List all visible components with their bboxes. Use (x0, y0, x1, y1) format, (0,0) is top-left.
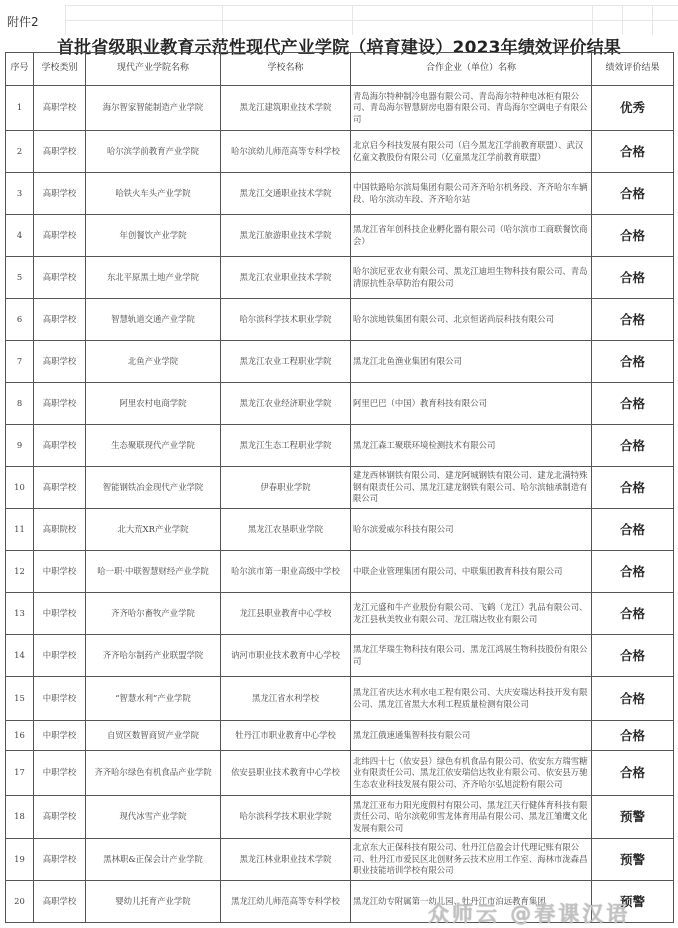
school-name: 黑龙江农业工程职业学院 (221, 341, 351, 383)
row-index: 15 (6, 677, 34, 721)
partner-companies: 龙江元盛和牛产业股份有限公司、飞鹤（龙江）乳品有限公司、龙江县秋美牧业有限公司、… (351, 593, 592, 635)
school-name: 黑龙江省水利学校 (221, 677, 351, 721)
school-name: 黑龙江建筑职业技术学院 (221, 86, 351, 131)
school-type: 高职学校 (34, 299, 86, 341)
row-index: 16 (6, 721, 34, 751)
table-row: 11高职院校北大荒XR产业学院黑龙江农垦职业学院哈尔滨爱威尔科技有限公司合格 (6, 509, 674, 551)
school-name: 讷河市职业技术教育中心学校 (221, 635, 351, 677)
evaluation-result: 合格 (592, 467, 674, 509)
evaluation-result: 优秀 (592, 86, 674, 131)
school-type: 高职学校 (34, 86, 86, 131)
partner-companies: 建龙西林钢铁有限公司、建龙阿城钢铁有限公司、建龙北满特殊钢有限责任公司、黑龙江建… (351, 467, 592, 509)
partner-companies: 北京东大正保科技有限公司、牡丹江信盈会计代理记账有限公司、牡丹江市爱民区北创财务… (351, 839, 592, 881)
school-type: 高职学校 (34, 131, 86, 173)
partner-companies: 黑龙江省年创科技企业孵化器有限公司（哈尔滨市工商联餐饮商会） (351, 215, 592, 257)
school-type: 高职学校 (34, 257, 86, 299)
header-index: 序号 (6, 53, 34, 86)
evaluation-result: 合格 (592, 751, 674, 796)
school-name: 伊春职业学院 (221, 467, 351, 509)
college-name: 海尔智家智能制造产业学院 (86, 86, 221, 131)
evaluation-result: 合格 (592, 173, 674, 215)
school-type: 高职院校 (34, 509, 86, 551)
college-name: 生态聚联现代产业学院 (86, 425, 221, 467)
school-type: 高职学校 (34, 173, 86, 215)
gridline (65, 5, 678, 6)
partner-companies: 北纬四十七（依安县）绿色有机食品有限公司、依安东方瑞雪糖业有限责任公司、黑龙江依… (351, 751, 592, 796)
college-name: 哈一职·中联智慧财经产业学院 (86, 551, 221, 593)
row-index: 6 (6, 299, 34, 341)
school-name: 黑龙江幼儿师范高等专科学校 (221, 881, 351, 923)
header-result: 绩效评价结果 (592, 53, 674, 86)
row-index: 12 (6, 551, 34, 593)
school-type: 中职学校 (34, 751, 86, 796)
gridline (352, 5, 353, 35)
row-index: 20 (6, 881, 34, 923)
partner-companies: 中国铁路哈尔滨局集团有限公司齐齐哈尔机务段、齐齐哈尔车辆段、哈尔滨动车段、齐齐哈… (351, 173, 592, 215)
gridline (65, 5, 66, 35)
school-type: 高职学校 (34, 215, 86, 257)
partner-companies: 阿里巴巴（中国）教育科技有限公司 (351, 383, 592, 425)
table-row: 19高职学校黑林职&正保会计产业学院黑龙江林业职业技术学院北京东大正保科技有限公… (6, 839, 674, 881)
evaluation-result: 合格 (592, 215, 674, 257)
college-name: 智能钢铁冶金现代产业学院 (86, 467, 221, 509)
school-type: 高职学校 (34, 881, 86, 923)
school-type: 中职学校 (34, 551, 86, 593)
school-name: 哈尔滨市第一职业高级中学校 (221, 551, 351, 593)
gridline (652, 5, 653, 35)
school-type: 高职学校 (34, 467, 86, 509)
college-name: 齐齐哈尔绿色有机食品产业学院 (86, 751, 221, 796)
school-name: 牡丹江市职业教育中心学校 (221, 721, 351, 751)
partner-companies: 黑龙江华瑞生物科技有限公司、黑龙江鸿展生物科技股份有限公司 (351, 635, 592, 677)
watermark: 众师云 @春课汉语 (428, 898, 630, 928)
evaluation-result: 合格 (592, 509, 674, 551)
table-row: 8高职学校阿里农村电商学院黑龙江农业经济职业学院阿里巴巴（中国）教育科技有限公司… (6, 383, 674, 425)
row-index: 10 (6, 467, 34, 509)
table-row: 5高职学校东北平原黑土地产业学院黑龙江农业职业技术学院哈尔滨尼亚农业有限公司、黑… (6, 257, 674, 299)
row-index: 11 (6, 509, 34, 551)
school-type: 高职学校 (34, 796, 86, 839)
school-name: 黑龙江农业职业技术学院 (221, 257, 351, 299)
row-index: 2 (6, 131, 34, 173)
partner-companies: 黑龙江北鱼渔业集团有限公司 (351, 341, 592, 383)
row-index: 14 (6, 635, 34, 677)
school-type: 高职学校 (34, 839, 86, 881)
partner-companies: 北京启今科技发展有限公司（启今黑龙江学前教育联盟）、武汉亿童文教股份有限公司（亿… (351, 131, 592, 173)
table-row: 18高职学校现代冰雪产业学院哈尔滨科学技术职业学院黑龙江亚布力阳光度假村有限公司… (6, 796, 674, 839)
school-name: 黑龙江林业职业技术学院 (221, 839, 351, 881)
partner-companies: 中联企业管理集团有限公司、中联集团教育科技有限公司 (351, 551, 592, 593)
evaluation-result: 合格 (592, 721, 674, 751)
table-row: 15中职学校“智慧水利”产业学院黑龙江省水利学校黑龙江省庆达水利水电工程有限公司… (6, 677, 674, 721)
partner-companies: 黑龙江省庆达水利水电工程有限公司、大庆安瑞达科技开发有限公司、黑龙江省黑大水利工… (351, 677, 592, 721)
school-name: 哈尔滨幼儿师范高等专科学校 (221, 131, 351, 173)
header-college-name: 现代产业学院名称 (86, 53, 221, 86)
school-type: 高职学校 (34, 383, 86, 425)
school-name: 哈尔滨科学技术职业学院 (221, 299, 351, 341)
college-name: 齐齐哈尔畜牧产业学院 (86, 593, 221, 635)
school-type: 中职学校 (34, 593, 86, 635)
school-name: 龙江县职业教育中心学校 (221, 593, 351, 635)
gridline (222, 5, 223, 35)
table-row: 4高职学校年创餐饮产业学院黑龙江旅游职业技术学院黑龙江省年创科技企业孵化器有限公… (6, 215, 674, 257)
partner-companies: 哈尔滨地铁集团有限公司、北京恒诺尚辰科技有限公司 (351, 299, 592, 341)
row-index: 9 (6, 425, 34, 467)
college-name: 黑林职&正保会计产业学院 (86, 839, 221, 881)
gridline (622, 5, 623, 35)
header-school-name: 学校名称 (221, 53, 351, 86)
school-type: 中职学校 (34, 721, 86, 751)
evaluation-result: 合格 (592, 257, 674, 299)
partner-companies: 黑龙江森工聚联环境检测技术有限公司 (351, 425, 592, 467)
table-row: 16中职学校自贸区数智商贸产业学院牡丹江市职业教育中心学校黑龙江俄速通集智科技有… (6, 721, 674, 751)
college-name: 年创餐饮产业学院 (86, 215, 221, 257)
row-index: 7 (6, 341, 34, 383)
table-row: 12中职学校哈一职·中联智慧财经产业学院哈尔滨市第一职业高级中学校中联企业管理集… (6, 551, 674, 593)
table-row: 2高职学校哈尔滨学前教育产业学院哈尔滨幼儿师范高等专科学校北京启今科技发展有限公… (6, 131, 674, 173)
row-index: 8 (6, 383, 34, 425)
school-name: 哈尔滨科学技术职业学院 (221, 796, 351, 839)
school-type: 中职学校 (34, 635, 86, 677)
school-name: 黑龙江交通职业技术学院 (221, 173, 351, 215)
school-name: 依安县职业技术教育中心学校 (221, 751, 351, 796)
evaluation-result: 合格 (592, 299, 674, 341)
attachment-label: 附件2 (7, 13, 39, 30)
row-index: 1 (6, 86, 34, 131)
table-row: 7高职学校北鱼产业学院黑龙江农业工程职业学院黑龙江北鱼渔业集团有限公司合格 (6, 341, 674, 383)
evaluation-result: 合格 (592, 131, 674, 173)
college-name: 智慧轨道交通产业学院 (86, 299, 221, 341)
row-index: 4 (6, 215, 34, 257)
row-index: 3 (6, 173, 34, 215)
college-name: 阿里农村电商学院 (86, 383, 221, 425)
results-table: 序号 学校类别 现代产业学院名称 学校名称 合作企业（单位）名称 绩效评价结果 … (5, 52, 674, 923)
evaluation-result: 合格 (592, 635, 674, 677)
row-index: 18 (6, 796, 34, 839)
table-row: 17中职学校齐齐哈尔绿色有机食品产业学院依安县职业技术教育中心学校北纬四十七（依… (6, 751, 674, 796)
row-index: 19 (6, 839, 34, 881)
table-row: 14中职学校齐齐哈尔制药产业联盟学院讷河市职业技术教育中心学校黑龙江华瑞生物科技… (6, 635, 674, 677)
college-name: “智慧水利”产业学院 (86, 677, 221, 721)
header-school-type: 学校类别 (34, 53, 86, 86)
gridline (65, 20, 678, 21)
row-index: 17 (6, 751, 34, 796)
school-name: 黑龙江农业经济职业学院 (221, 383, 351, 425)
college-name: 北鱼产业学院 (86, 341, 221, 383)
evaluation-result: 合格 (592, 677, 674, 721)
evaluation-result: 合格 (592, 425, 674, 467)
spreadsheet-gridlines (0, 0, 678, 35)
evaluation-result: 合格 (592, 551, 674, 593)
school-name: 黑龙江农垦职业学院 (221, 509, 351, 551)
partner-companies: 哈尔滨爱威尔科技有限公司 (351, 509, 592, 551)
evaluation-result: 合格 (592, 383, 674, 425)
school-type: 高职学校 (34, 341, 86, 383)
row-index: 5 (6, 257, 34, 299)
evaluation-result: 合格 (592, 593, 674, 635)
partner-companies: 黑龙江亚布力阳光度假村有限公司、黑龙江天行健体育科技有限责任公司、哈尔滨乾卯雪龙… (351, 796, 592, 839)
partner-companies: 青岛海尔特种制冷电器有限公司、青岛海尔特种电冰柜有限公司、青岛海尔智慧厨房电器有… (351, 86, 592, 131)
college-name: 东北平原黑土地产业学院 (86, 257, 221, 299)
table-row: 1高职学校海尔智家智能制造产业学院黑龙江建筑职业技术学院青岛海尔特种制冷电器有限… (6, 86, 674, 131)
partner-companies: 哈尔滨尼亚农业有限公司、黑龙江迪坦生物科技有限公司、青岛清原抗性杂草防治有限公司 (351, 257, 592, 299)
partner-companies: 黑龙江俄速通集智科技有限公司 (351, 721, 592, 751)
table-row: 9高职学校生态聚联现代产业学院黑龙江生态工程职业学院黑龙江森工聚联环境检测技术有… (6, 425, 674, 467)
row-index: 13 (6, 593, 34, 635)
evaluation-result: 预警 (592, 839, 674, 881)
school-name: 黑龙江旅游职业技术学院 (221, 215, 351, 257)
table-row: 6高职学校智慧轨道交通产业学院哈尔滨科学技术职业学院哈尔滨地铁集团有限公司、北京… (6, 299, 674, 341)
college-name: 齐齐哈尔制药产业联盟学院 (86, 635, 221, 677)
college-name: 婴幼儿托育产业学院 (86, 881, 221, 923)
college-name: 自贸区数智商贸产业学院 (86, 721, 221, 751)
college-name: 现代冰雪产业学院 (86, 796, 221, 839)
table-row: 3高职学校哈铁火车头产业学院黑龙江交通职业技术学院中国铁路哈尔滨局集团有限公司齐… (6, 173, 674, 215)
school-type: 中职学校 (34, 677, 86, 721)
header-partners: 合作企业（单位）名称 (351, 53, 592, 86)
school-type: 高职学校 (34, 425, 86, 467)
school-name: 黑龙江生态工程职业学院 (221, 425, 351, 467)
gridline (592, 5, 593, 35)
evaluation-result: 合格 (592, 341, 674, 383)
table-row: 10高职学校智能钢铁冶金现代产业学院伊春职业学院建龙西林钢铁有限公司、建龙阿城钢… (6, 467, 674, 509)
college-name: 北大荒XR产业学院 (86, 509, 221, 551)
college-name: 哈铁火车头产业学院 (86, 173, 221, 215)
table-header-row: 序号 学校类别 现代产业学院名称 学校名称 合作企业（单位）名称 绩效评价结果 (6, 53, 674, 86)
college-name: 哈尔滨学前教育产业学院 (86, 131, 221, 173)
table-row: 13中职学校齐齐哈尔畜牧产业学院龙江县职业教育中心学校龙江元盛和牛产业股份有限公… (6, 593, 674, 635)
evaluation-result: 预警 (592, 796, 674, 839)
